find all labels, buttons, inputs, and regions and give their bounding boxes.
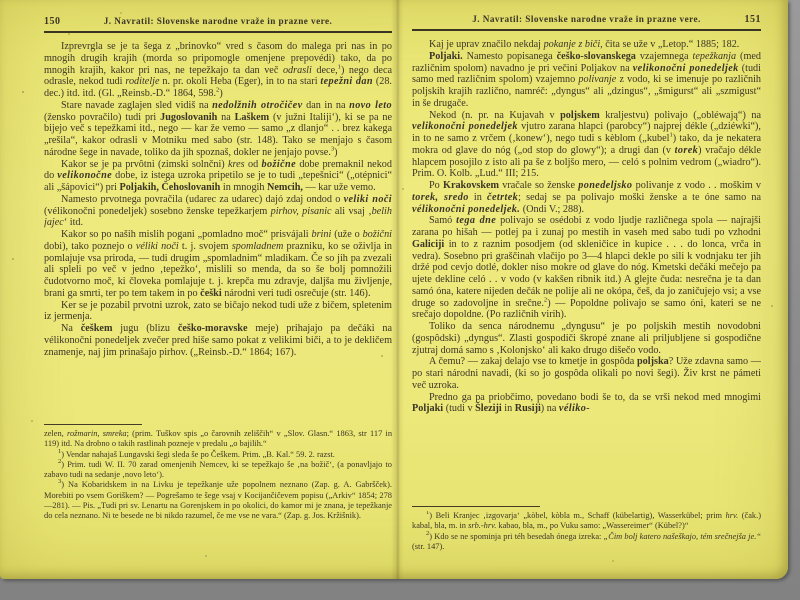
text-run: dobi), tako poznejo o: [44, 241, 136, 252]
text-run: národni veri tudi osrečuje (str. 146).: [222, 288, 371, 299]
left-page-header: 150 J. Navratil: Slovenske narodne vraže…: [44, 16, 392, 27]
text-run: véliko-: [559, 403, 590, 414]
text-run: Kakor so po naših mislih pogani „pomladn…: [61, 229, 312, 240]
text-run: — kar uže vemo.: [303, 182, 376, 193]
text-run: Poljaki: [412, 403, 443, 414]
text-run: Predno ga pa priobčimo, povedano bodi še…: [429, 392, 761, 403]
text-run: češko-slovanskega: [557, 51, 636, 62]
right-page-number: 151: [713, 14, 761, 25]
text-run: nedolžnih otročičev: [212, 100, 302, 111]
text-run: rožmarin, smreka: [67, 429, 127, 438]
text-run: ; sedaj se pa polivajo moški ženske a te…: [518, 192, 761, 203]
text-run: in mnogih: [220, 182, 267, 193]
paragraph: Predno ga pa priobčimo, povedano bodi še…: [412, 392, 761, 416]
text-run: Poljaki.: [429, 51, 463, 62]
text-run: odrasli: [283, 65, 312, 76]
text-run: tepežni dan: [320, 76, 373, 87]
footnote: zelen, rožmarin, smreka; (prim. Tuškov s…: [44, 429, 392, 450]
text-run: (Ondi V.; 288).: [520, 204, 584, 215]
text-run: jugu (blizu: [112, 323, 177, 334]
text-run: ali vsaj ‚: [332, 206, 372, 217]
paragraph: A čemu? — zakaj delajo vse to kmetje in …: [412, 356, 761, 391]
text-run: in: [469, 192, 487, 203]
right-running-title: J. Navratil: Slovenske narodne vraže in …: [460, 14, 713, 24]
text-run: poljska: [637, 356, 669, 367]
text-run: brini: [312, 229, 332, 240]
right-footnote-separator: [412, 506, 540, 507]
text-run: t. j. svojem: [179, 241, 232, 252]
left-page-body: Izprevrgla se je ta šega z „brinovko“ vr…: [44, 41, 392, 419]
text-run: velikonočni ponedeljek: [412, 121, 518, 132]
text-run: Galiciji: [412, 239, 444, 250]
text-run: Ker se je pozabil prvotni uzrok, zato se…: [44, 300, 392, 323]
footnote: 2) Prim. tudi W. II. 70 zarad omenjenih …: [44, 460, 392, 481]
text-run: ‘ itd.: [64, 217, 83, 228]
paragraph: Namesto prvotnega povračila (udarec za u…: [44, 194, 392, 229]
text-run: tega dne: [456, 215, 496, 226]
text-run: polivanje z vodo . . moškim v: [632, 180, 761, 191]
paragraph: Samó tega dne polivajo se osédobi z vodo…: [412, 215, 761, 321]
text-run: od: [245, 159, 262, 170]
text-run: spomladnem: [232, 241, 284, 252]
text-run: vzajemnega: [636, 51, 693, 62]
text-run: vračale so ženske: [499, 180, 578, 191]
text-run: Šleziji: [475, 403, 502, 414]
left-page-footnotes: zelen, rožmarin, smreka; (prim. Tuškov s…: [44, 429, 392, 522]
text-run: Na: [61, 323, 81, 334]
paragraph: Izprevrgla se je ta šega z „brinovko“ vr…: [44, 41, 392, 100]
text-run: dan in na: [303, 100, 350, 111]
text-run: Po: [429, 180, 443, 191]
page-gutter-seam: [391, 0, 404, 579]
text-run: velikonočne: [57, 170, 112, 181]
text-run: srb.-hrv.: [468, 521, 496, 530]
text-run: Nekod (n. pr. na Kujavah v: [429, 110, 560, 121]
left-page-number: 150: [44, 16, 92, 27]
text-run: ) na: [541, 403, 559, 414]
paragraph: Ker se je pozabil prvotni uzrok, zato se…: [44, 300, 392, 324]
text-run: ) Kdo se ne spominja pri téh besedah óne…: [429, 532, 603, 541]
text-run: ) Prim. tudi W. II. 70 zarad omenjenih N…: [44, 460, 392, 479]
text-run: véliki noči: [136, 241, 179, 252]
text-run: Jugoslovanih: [160, 112, 217, 123]
text-run: tepežkanja: [693, 51, 737, 62]
text-run: (tudi v: [443, 403, 475, 414]
text-run: torek: [675, 145, 699, 156]
text-run: (str. 147).: [412, 542, 444, 551]
text-run: Nemcih,: [267, 182, 303, 193]
text-run: na: [217, 112, 234, 123]
text-run: četrtek: [487, 192, 518, 203]
text-run: češki: [200, 288, 222, 299]
footnote: 1) Beli Kranjec ‚izgovarja‘ „kòbel, kòbl…: [412, 511, 761, 532]
footnote: 3) Na Kobaridskem in na Livku je tepežka…: [44, 480, 392, 521]
text-run: kres: [228, 159, 245, 170]
text-run: n. pr. okoli Heba (Eger), in to na stari: [160, 76, 321, 87]
text-run: poljskem: [560, 110, 600, 121]
text-run: (uže o: [331, 229, 362, 240]
text-run: ): [334, 147, 337, 158]
text-run: , čita se uže v „Letop.“ 1885; 182.: [600, 39, 739, 50]
text-run: Toliko da senca národnemu „dyngusu“ je p…: [412, 321, 761, 356]
text-run: pokanje z biči: [544, 39, 601, 50]
footnote: 2) Kdo se ne spominja pri téh besedah ón…: [412, 532, 761, 553]
paragraph: Nekod (n. pr. na Kujavah v poljskem kral…: [412, 110, 761, 181]
text-run: Namesto prvotnega povračila (udarec za u…: [61, 194, 344, 205]
paragraph: Stare navade zaglajen sled vidiš na nedo…: [44, 100, 392, 159]
text-run: torek, sredo: [412, 192, 469, 203]
text-run: (vélikonočni ponedeljek) sosebno ženske …: [44, 206, 271, 217]
text-run: (žensko povračilo) tudi pri: [44, 112, 160, 123]
text-run: polivanje: [578, 74, 616, 85]
paragraph: Poljaki. Namesto popisanega češko-slovan…: [412, 51, 761, 110]
text-run: ) Beli Kranjec ‚izgovarja‘ „kòbel, kòbla…: [429, 511, 725, 520]
left-running-title: J. Navratil: Slovenske narodne vraže in …: [92, 16, 344, 26]
scanned-book-spread: 150 J. Navratil: Slovenske narodne vraže…: [0, 0, 788, 579]
text-run: Kakor se je pa prvôtni (zimski solnčni): [61, 159, 228, 170]
text-run: A čemu? — zakaj delajo vse to kmetje in …: [429, 356, 637, 367]
text-run: božični: [363, 229, 392, 240]
text-run: Laškem: [235, 112, 270, 123]
paragraph: Kakor se je pa prvôtni (zimski solnčni) …: [44, 159, 392, 194]
text-run: kraljestvu) polivajo („obléwają“) na: [600, 110, 761, 121]
right-page-footnotes: 1) Beli Kranjec ‚izgovarja‘ „kòbel, kòbl…: [412, 511, 761, 552]
left-page: 150 J. Navratil: Slovenske narodne vraže…: [44, 16, 392, 522]
text-run: hrv.: [726, 511, 739, 520]
scan-noise-speckles: [0, 0, 2, 2]
paragraph: Na češkem jugu (blizu češko-moravske mej…: [44, 323, 392, 358]
text-run: ) Vendar nahajaš Lungavski šegi sleda še…: [61, 450, 335, 459]
text-run: Izprevrgla se je ta šega z „brinovko“ vr…: [44, 41, 392, 76]
text-run: Namesto popisanega: [463, 51, 557, 62]
text-run: velikonočni ponedeljek: [633, 63, 739, 74]
paragraph: Kaj je uprav značilo nekdaj pokanje z bi…: [412, 39, 761, 51]
right-header-rule: [412, 29, 761, 31]
text-run: pirhov, pisanic: [271, 206, 332, 217]
text-run: češkem: [81, 323, 113, 334]
paragraph: Kakor so po naših mislih pogani „pomladn…: [44, 229, 392, 300]
text-run: božične: [262, 159, 297, 170]
left-footnote-separator: [44, 424, 142, 425]
text-run: dece,: [312, 65, 338, 76]
text-run: Stare navade zaglajen sled vidiš na: [61, 100, 212, 111]
right-page-body: Kaj je uprav značilo nekdaj pokanje z bi…: [412, 39, 761, 501]
text-run: češko-moravske: [178, 323, 248, 334]
footnote: 1) Vendar nahajaš Lungavski šegi sleda š…: [44, 450, 392, 460]
text-run: Poljakih, Čehoslovanih: [120, 182, 221, 193]
text-run: vélikonočni ponedeljek.: [412, 204, 520, 215]
text-run: Krakovskem: [443, 180, 499, 191]
text-run: ponedeljsko: [578, 180, 632, 191]
text-run: zelen,: [44, 429, 67, 438]
right-page-header: J. Navratil: Slovenske narodne vraže in …: [412, 14, 761, 25]
text-run: Kaj je uprav značilo nekdaj: [429, 39, 544, 50]
text-run: Samó: [429, 215, 456, 226]
text-run: in: [502, 403, 515, 414]
paragraph: Po Krakovskem vračale so ženske ponedelj…: [412, 180, 761, 215]
text-run: „Čim bolj katero našeškajo, tém srečnejš…: [604, 532, 761, 541]
text-run: Rusiji: [515, 403, 541, 414]
right-page: J. Navratil: Slovenske narodne vraže in …: [412, 14, 761, 552]
text-run: ): [219, 88, 222, 99]
text-run: novo leto: [349, 100, 392, 111]
text-run: veliki noči: [344, 194, 392, 205]
text-run: roditelje: [125, 76, 159, 87]
text-run: ) Na Kobaridskem in na Livku je tepežkan…: [44, 480, 392, 520]
left-header-rule: [44, 31, 392, 33]
paragraph: Toliko da senca národnemu „dyngusu“ je p…: [412, 321, 761, 356]
text-run: kabao, bla, m., po Vuku samo: „Wassereim…: [496, 521, 688, 530]
